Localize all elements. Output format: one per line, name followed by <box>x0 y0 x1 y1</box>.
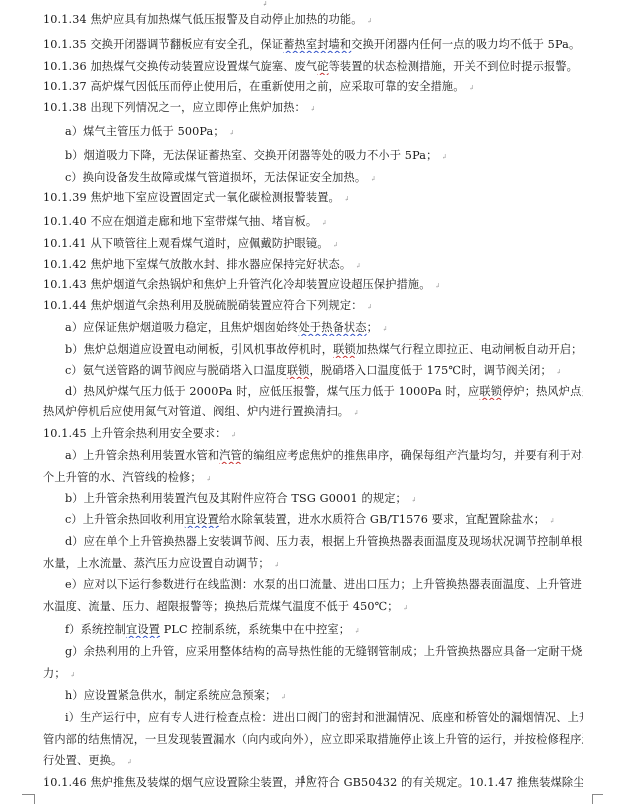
line-text: 10.1.35 交换开闭器调节翻板应有安全孔，保证 <box>43 38 283 51</box>
document-page: ↲ 10.1.34 焦炉应具有加热煤气低压报警及自动停止加热的功能。↲10.1.… <box>0 0 624 804</box>
text-line: 热风炉停机后应使用氮气对管道、阀组、炉内进行置换清扫。↲ <box>43 405 583 420</box>
spellcheck-flagged-text: 宜设置 <box>126 623 160 636</box>
line-text: d）应在单个上升管换热器上安装调节阀、压力表，根据上升管换热器表面温度及现场状况… <box>65 535 583 548</box>
paragraph-mark: ↲ <box>403 604 409 612</box>
paragraph-mark: ↲ <box>333 241 339 249</box>
crop-mark-bottom-left <box>22 794 35 804</box>
text-line: 行处置、更换。↲ <box>43 754 583 769</box>
text-line: 10.1.42 焦炉地下室煤气放散水封、排水器应保持完好状态。↲ <box>43 258 583 273</box>
text-line: h）应设置紧急供水，制定系统应急预案；↲ <box>65 689 583 704</box>
text-line: 10.1.34 焦炉应具有加热煤气低压报警及自动停止加热的功能。↲ <box>43 13 583 28</box>
text-line: 管内部的结焦情况，一旦发现装置漏水（向内或向外），应立即采取措施停止该上升管的运… <box>43 733 583 748</box>
paragraph-mark: ↲ <box>354 627 360 635</box>
text-line: 10.1.37 高炉煤气因低压而停止使用后，在重新使用之前，应采取可靠的安全措施… <box>43 80 583 95</box>
line-text: a）应保证焦炉烟道吸力稳定，且焦炉烟囱始终 <box>65 321 299 334</box>
paragraph-mark: ↲ <box>231 431 237 439</box>
text-line: 10.1.44 焦炉烟道气余热利用及脱硫脱硝装置应符合下列规定：↲ <box>43 299 583 314</box>
paragraph-mark: ↲ <box>469 84 475 92</box>
line-text: 行处置、更换。 <box>43 754 122 767</box>
paragraph-mark: ↲ <box>382 325 388 333</box>
line-text: 10.1.41 从下喷管往上观看煤气道时，应佩戴防护眼镜。 <box>43 237 329 250</box>
text-line: 10.1.43 焦炉烟道气余热锅炉和焦炉上升管汽化冷却装置应设超压保护措施。↲ <box>43 278 583 293</box>
text-line: 10.1.46 焦炉推焦及装煤的烟气应设置除尘装置，并应符合 GB50432 的… <box>43 776 583 790</box>
line-text: a）煤气主管压力低于 500Pa； <box>65 125 225 138</box>
line-text: 10.1.43 焦炉烟道气余热锅炉和焦炉上升管汽化冷却装置应设超压保护措施。 <box>43 278 431 291</box>
line-text: PLC 控制系统，系统集中在中控室； <box>160 623 350 636</box>
paragraph-mark: ↲ <box>367 17 373 25</box>
line-text: 管内部的结焦情况，一旦发现装置漏水（向内或向外），应立即采取措施停止该上升管的运… <box>43 733 583 746</box>
line-text: b）焦炉总烟道应设置电动闸板，引风机事故停机时， <box>65 343 333 356</box>
paragraph-mark: ↲ <box>280 693 286 701</box>
text-line: 10.1.39 焦炉地下室应设置固定式一氧化碳检测报警装置。↲ <box>43 191 583 206</box>
line-text: 10.1.45 上升管余热利用安全要求： <box>43 427 227 440</box>
paragraph-mark: ↲ <box>70 671 76 679</box>
text-line: 10.1.38 出现下列情况之一，应立即停止焦炉加热：↲ <box>43 101 583 116</box>
line-text: b）烟道吸力下降，无法保证蓄热室、交换开闭器等处的吸力不小于 5Pa； <box>65 149 437 162</box>
paragraph-mark: ↲ <box>411 496 417 504</box>
text-line: i）生产运行中，应有专人进行检查点检：进出口阀门的密封和泄漏情况、底座和桥管处的… <box>65 711 583 726</box>
line-text: e）应对以下运行参数进行在线监测：水泵的出口流量、进出口压力；上升管换热器表面温… <box>65 578 583 591</box>
text-line: e）应对以下运行参数进行在线监测：水泵的出口流量、进出口压力；上升管换热器表面温… <box>65 578 583 593</box>
line-text: 个上升管的水、汽管线的检修； <box>43 471 202 484</box>
paragraph-mark: ↲ <box>206 475 212 483</box>
text-line: b）焦炉总烟道应设置电动闸板，引风机事故停机时，联锁加热煤气行程立即拉正、电动闸… <box>65 343 583 358</box>
paragraph-mark: ↲ <box>370 175 376 183</box>
line-text: 10.1.37 高炉煤气因低压而停止使用后，在重新使用之前，应采取可靠的安全措施… <box>43 80 465 93</box>
paragraph-mark: ↲ <box>310 105 316 113</box>
text-line: c）氨气送管路的调节阀应与脱硝塔入口温度联锁，脱硝塔入口温度低于 175℃时，调… <box>65 364 583 379</box>
line-text: 10.1.36 加热煤气交换传动装置应设置煤气旋塞、废气 <box>43 60 317 73</box>
line-text: 给水除氧装置，进水水质符合 GB/T1576 要求，宜配置除盐水； <box>219 513 545 526</box>
text-line: 10.1.35 交换开闭器调节翻板应有安全孔，保证蓄热室封墙和交换开闭器内任何一… <box>43 38 583 53</box>
line-text: c）换向设备发生故障或煤气管道损坏，无法保证安全加热。 <box>65 171 366 184</box>
text-line: g）余热利用的上升管，应采用整体结构的高导热性能的无缝钢管制成；上升管换热器应具… <box>65 645 583 660</box>
line-text: c）氨气送管路的调节阀应与脱硝塔入口温度 <box>65 364 287 377</box>
text-line: a）应保证焦炉烟道吸力稳定，且焦炉烟囱始终处于热备状态；↲ <box>65 321 583 336</box>
spellcheck-flagged-text: 蓄热室封墙和 <box>283 38 351 51</box>
line-text: 10.1.46 焦炉推焦及装煤的烟气应设置除尘装置，并应符合 GB50432 的… <box>43 776 583 789</box>
text-line: 个上升管的水、汽管线的检修；↲ <box>43 471 583 486</box>
spellcheck-flagged-text: 砣 <box>317 60 328 73</box>
paragraph-mark: ↲ <box>229 129 235 137</box>
line-text: 水温度、流量、压力、超限报警等；换热后荒煤气温度不低于 450℃； <box>43 600 399 613</box>
paragraph-mark: ↲ <box>549 517 555 525</box>
line-text: d）热风炉煤气压力低于 2000Pa 时，应低压报警，煤气压力低于 1000Pa… <box>65 385 479 398</box>
text-line: 水量，上水流量、蒸汽压力应设置自动调节；↲ <box>43 557 583 572</box>
line-text: 10.1.40 不应在烟道走廊和地下室带煤气抽、堵盲板。 <box>43 215 317 228</box>
text-line: 10.1.40 不应在烟道走廊和地下室带煤气抽、堵盲板。↲ <box>43 215 583 230</box>
text-line: 10.1.41 从下喷管往上观看煤气道时，应佩戴防护眼镜。↲ <box>43 237 583 252</box>
text-line: 10.1.36 加热煤气交换传动装置应设置煤气旋塞、废气砣等装置的状态检测措施，… <box>43 60 583 75</box>
text-line: d）应在单个上升管换热器上安装调节阀、压力表，根据上升管换热器表面温度及现场状况… <box>65 535 583 550</box>
text-line: c）上升管余热回收利用宜设置给水除氧装置，进水水质符合 GB/T1576 要求，… <box>65 513 583 528</box>
line-text: f）系统控制 <box>65 623 126 636</box>
text-line: c）换向设备发生故障或煤气管道损坏，无法保证安全加热。↲ <box>65 171 583 186</box>
spellcheck-flagged-text: 处于热备状态 <box>299 321 367 334</box>
spellcheck-flagged-text: 联锁 <box>333 343 356 356</box>
paragraph-mark: ↲ <box>353 409 359 417</box>
line-text: 停炉；热风炉点火前或 <box>502 385 583 398</box>
paragraph-mark: ↲ <box>262 0 268 8</box>
line-text: b）上升管余热利用装置汽包及其附件应符合 TSG G0001 的规定； <box>65 492 407 505</box>
paragraph-mark: ↲ <box>435 282 441 290</box>
text-line: f）系统控制宜设置 PLC 控制系统，系统集中在中控室；↲ <box>65 623 583 638</box>
paragraph-mark: ↲ <box>126 758 132 766</box>
spellcheck-flagged-text: 联锁 <box>287 364 310 377</box>
paragraph-mark: ↲ <box>274 561 280 569</box>
text-line: 10.1.45 上升管余热利用安全要求：↲ <box>43 427 583 442</box>
line-text: 10.1.42 焦炉地下室煤气放散水封、排水器应保持完好状态。 <box>43 258 351 271</box>
line-text: 等装置的状态检测措施，开关不到位时提示报警。 <box>329 60 578 73</box>
paragraph-mark: ↲ <box>321 219 327 227</box>
text-line: b）上升管余热利用装置汽包及其附件应符合 TSG G0001 的规定；↲ <box>65 492 583 507</box>
paragraph-mark: ↲ <box>556 368 562 376</box>
spellcheck-flagged-text: 汽管 <box>219 449 242 462</box>
line-text: ； <box>367 321 378 334</box>
line-text: c）上升管余热回收利用 <box>65 513 185 526</box>
line-text: 热风炉停机后应使用氮气对管道、阀组、炉内进行置换清扫。 <box>43 405 349 418</box>
paragraph-mark: ↲ <box>367 303 373 311</box>
line-text: 10.1.34 焦炉应具有加热煤气低压报警及自动停止加热的功能。 <box>43 13 363 26</box>
text-line: b）烟道吸力下降，无法保证蓄热室、交换开闭器等处的吸力不小于 5Pa；↲ <box>65 149 583 164</box>
crop-mark-bottom-right <box>592 794 603 804</box>
paragraph-mark: ↲ <box>43 775 49 783</box>
paragraph-mark: ↲ <box>582 64 583 72</box>
paragraph-mark: ↲ <box>441 153 447 161</box>
line-text: 水量，上水流量、蒸汽压力应设置自动调节； <box>43 557 270 570</box>
line-text: 10.1.44 焦炉烟道气余热利用及脱硫脱硝装置应符合下列规定： <box>43 299 363 312</box>
text-line: 力；↲ <box>43 667 583 682</box>
text-line: 水温度、流量、压力、超限报警等；换热后荒煤气温度不低于 450℃；↲ <box>43 600 583 615</box>
line-text: ，脱硝塔入口温度低于 175℃时，调节阀关闭； <box>310 364 552 377</box>
line-text: 力； <box>43 667 66 680</box>
paragraph-mark: ↲ <box>344 195 350 203</box>
spellcheck-flagged-text: 联锁 <box>479 385 502 398</box>
line-text: h）应设置紧急供水，制定系统应急预案； <box>65 689 276 702</box>
line-text: a）上升管余热利用装置水管和 <box>65 449 219 462</box>
paragraph-mark: ↲ <box>355 262 361 270</box>
line-text: i）生产运行中，应有专人进行检查点检：进出口阀门的密封和泄漏情况、底座和桥管处的… <box>65 711 583 724</box>
text-line: a）上升管余热利用装置水管和汽管的编组应考虑焦炉的推焦串序，确保每组产汽量均匀，… <box>65 449 583 464</box>
text-line: a）煤气主管压力低于 500Pa；↲ <box>65 125 583 140</box>
line-text: 10.1.39 焦炉地下室应设置固定式一氧化碳检测报警装置。 <box>43 191 340 204</box>
line-text: 10.1.38 出现下列情况之一，应立即停止焦炉加热： <box>43 101 306 114</box>
line-text: 交换开闭器内任何一点的吸力均不低于 5Pa。 <box>351 38 580 51</box>
spellcheck-flagged-text: 宜设置 <box>185 513 219 526</box>
line-text: 的编组应考虑焦炉的推焦串序，确保每组产汽量均匀，并要有利于对单 <box>242 449 583 462</box>
line-text: 加热煤气行程立即拉正、电动闸板自动开启； <box>356 343 583 356</box>
text-line: d）热风炉煤气压力低于 2000Pa 时，应低压报警，煤气压力低于 1000Pa… <box>65 385 583 400</box>
page-number: 19 <box>300 775 313 786</box>
line-text: g）余热利用的上升管，应采用整体结构的高导热性能的无缝钢管制成；上升管换热器应具… <box>65 645 583 658</box>
